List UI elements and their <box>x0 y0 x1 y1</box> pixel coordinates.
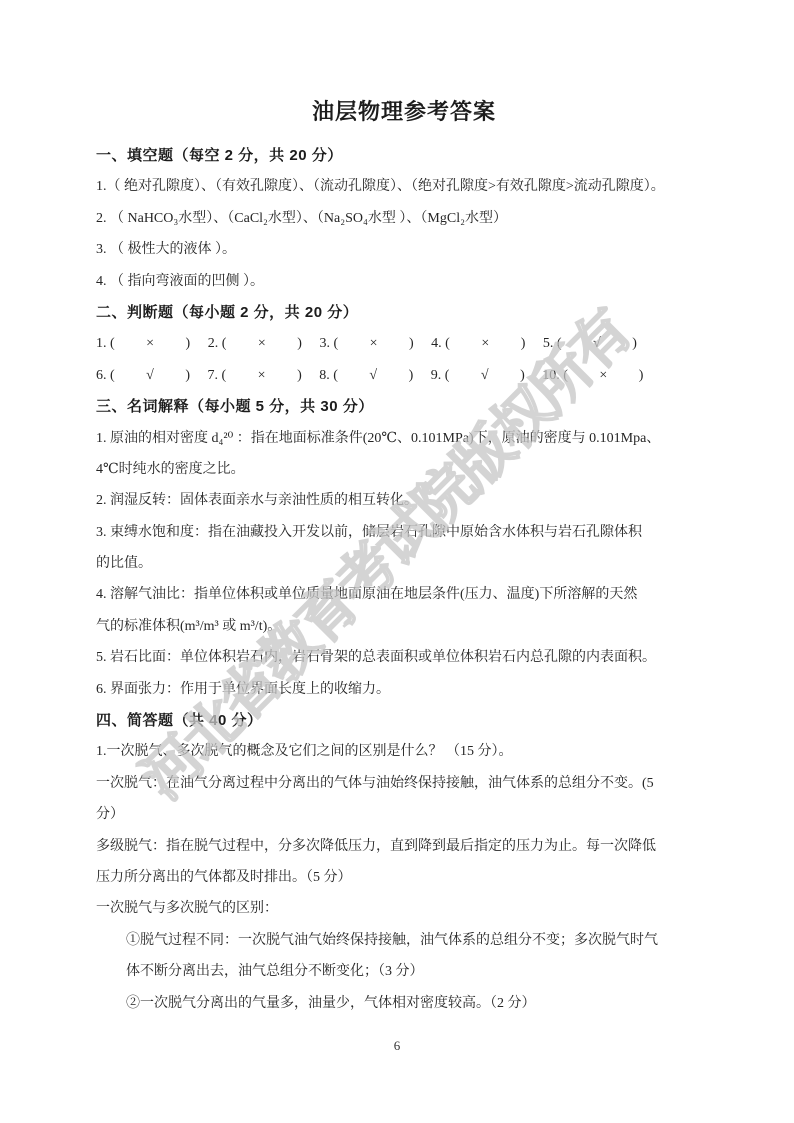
page-title: 油层物理参考答案 <box>96 94 712 140</box>
text-line: 分） <box>96 799 712 830</box>
text-line: 的比值。 <box>96 548 712 579</box>
text-line: 1. ( × ) 2. ( × ) 3. ( × ) 4. ( × ) 5. (… <box>96 328 712 359</box>
document-body: 一、填空题（每空 2 分，共 20 分）1.（ 绝对孔隙度）、（有效孔隙度）、（… <box>96 140 712 1019</box>
section-heading: 四、简答题（共 40 分） <box>96 705 712 736</box>
text-line: ①脱气过程不同：一次脱气油气始终保持接触，油气体系的总组分不变；多次脱气时气 <box>96 925 712 956</box>
page-number: 6 <box>0 1038 794 1054</box>
text-line: 6. 界面张力：作用于单位界面长度上的收缩力。 <box>96 674 712 705</box>
text-line: 1. 原油的相对密度 d₄²⁰ ：指在地面标准条件(20℃、0.101MPa)下… <box>96 423 712 454</box>
text-line: ②一次脱气分离出的气量多，油量少，气体相对密度较高。（2 分） <box>96 988 712 1019</box>
text-line: 气的标准体积(m³/m³ 或 m³/t)。 <box>96 611 712 642</box>
section-heading: 一、填空题（每空 2 分，共 20 分） <box>96 140 712 171</box>
document-content: 油层物理参考答案 一、填空题（每空 2 分，共 20 分）1.（ 绝对孔隙度）、… <box>96 94 712 1019</box>
text-line: 压力所分离出的气体都及时排出。（5 分） <box>96 862 712 893</box>
text-line: 一次脱气与多次脱气的区别： <box>96 893 712 924</box>
text-line: 2. 润湿反转：固体表面亲水与亲油性质的相互转化。 <box>96 485 712 516</box>
text-line: 4. （ 指向弯液面的凹侧 ）。 <box>96 266 712 297</box>
document-page: 河北省教育考试院版权所有 油层物理参考答案 一、填空题（每空 2 分，共 20 … <box>0 0 794 1123</box>
text-line: 2. （ NaHCO₃水型）、（CaCl₂水型）、（Na₂SO₄水型 ）、（Mg… <box>96 203 712 234</box>
text-line: 4℃时纯水的密度之比。 <box>96 454 712 485</box>
section-heading: 二、判断题（每小题 2 分，共 20 分） <box>96 297 712 328</box>
text-line: 3. 束缚水饱和度：指在油藏投入开发以前，储层岩石孔隙中原始含水体积与岩石孔隙体… <box>96 517 712 548</box>
text-line: 5. 岩石比面：单位体积岩石内，岩石骨架的总表面积或单位体积岩石内总孔隙的内表面… <box>96 642 712 673</box>
text-line: 6. ( √ ) 7. ( × ) 8. ( √ ) 9. ( √ ) 10. … <box>96 360 712 391</box>
section-heading: 三、名词解释（每小题 5 分，共 30 分） <box>96 391 712 422</box>
text-line: 3. （ 极性大的液体 ）。 <box>96 234 712 265</box>
text-line: 体不断分离出去，油气总组分不断变化；（3 分） <box>96 956 712 987</box>
text-line: 1.（ 绝对孔隙度）、（有效孔隙度）、（流动孔隙度）、（绝对孔隙度>有效孔隙度>… <box>96 171 712 202</box>
text-line: 1.一次脱气、多次脱气的概念及它们之间的区别是什么？ （15 分）。 <box>96 736 712 767</box>
text-line: 多级脱气：指在脱气过程中，分多次降低压力，直到降到最后指定的压力为止。每一次降低 <box>96 831 712 862</box>
text-line: 4. 溶解气油比：指单位体积或单位质量地面原油在地层条件(压力、温度)下所溶解的… <box>96 579 712 610</box>
text-line: 一次脱气：在油气分离过程中分离出的气体与油始终保持接触，油气体系的总组分不变。(… <box>96 768 712 799</box>
